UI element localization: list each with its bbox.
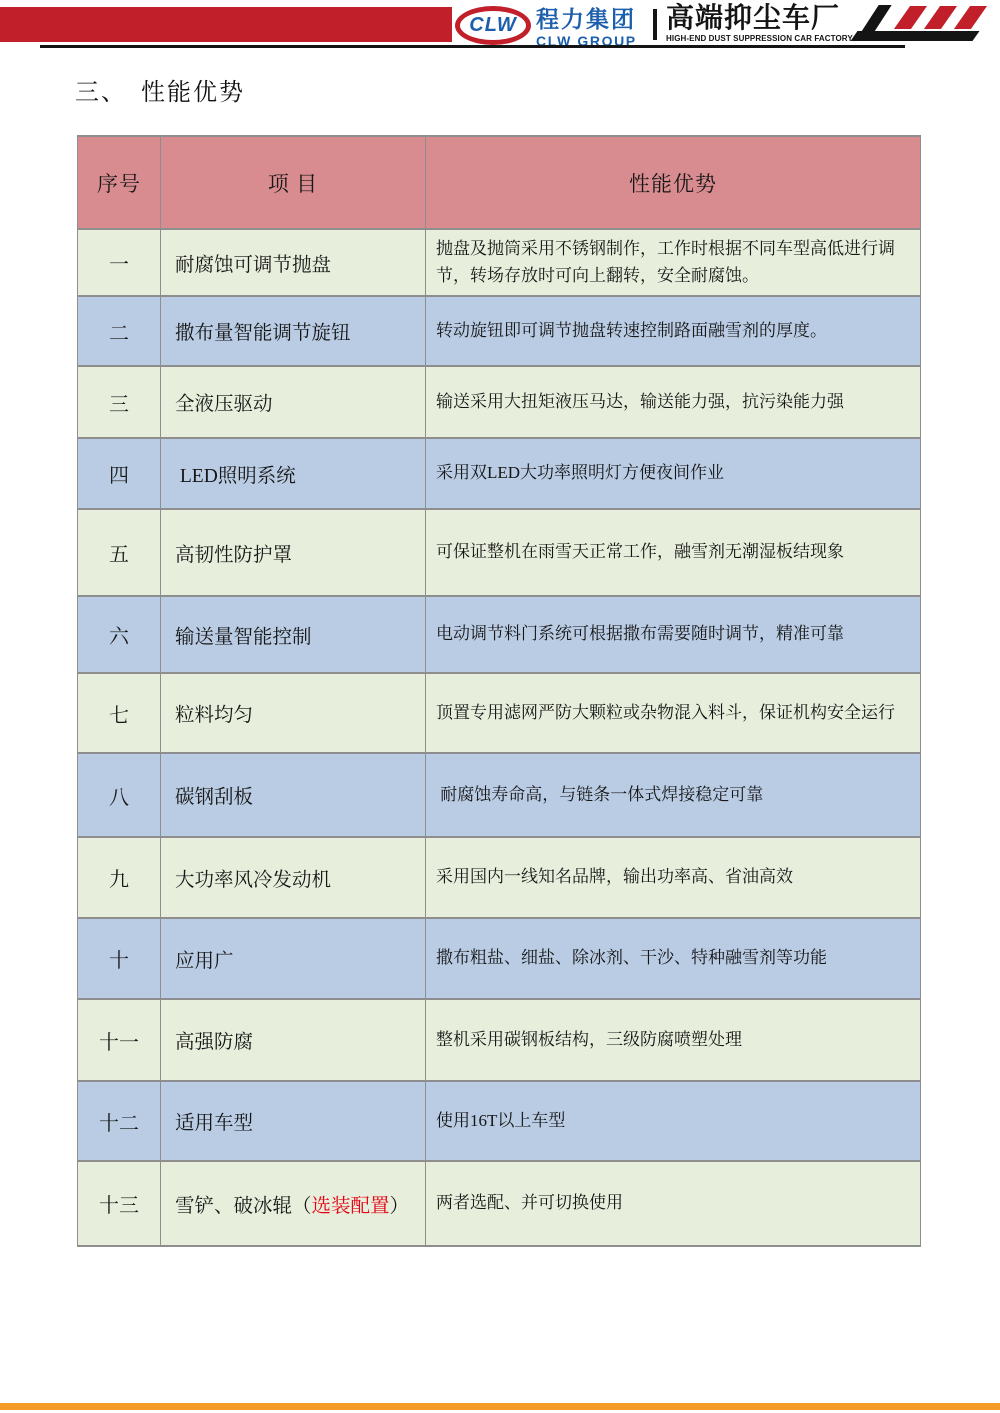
row-number: 八 bbox=[78, 753, 161, 837]
row-number: 一 bbox=[78, 229, 161, 296]
section-title: 三、 性能优势 bbox=[75, 72, 245, 107]
row-item: 耐腐蚀可调节抛盘 bbox=[161, 229, 426, 296]
row-number: 十二 bbox=[78, 1081, 161, 1161]
row-advantage: 使用16T以上车型 bbox=[426, 1081, 921, 1161]
header-rule-line bbox=[40, 45, 905, 48]
table-row: 二撒布量智能调节旋钮转动旋钮即可调节抛盘转速控制路面融雪剂的厚度。 bbox=[78, 296, 921, 366]
row-number: 三 bbox=[78, 366, 161, 438]
red-slash-icon bbox=[924, 6, 957, 29]
table-row: 四 LED照明系统采用双LED大功率照明灯方便夜间作业 bbox=[78, 438, 921, 509]
table-row: 一耐腐蚀可调节抛盘抛盘及抛筒采用不锈钢制作，工作时根据不同车型高低进行调节，转场… bbox=[78, 229, 921, 296]
row-item: 适用车型 bbox=[161, 1081, 426, 1161]
table-row: 九大功率风冷发动机采用国内一线知名品牌，输出功率高、省油高效 bbox=[78, 837, 921, 918]
row-item-text: ） bbox=[390, 1196, 410, 1217]
row-item-text: 雪铲、破冰辊（ bbox=[175, 1196, 312, 1217]
table-row: 三全液压驱动输送采用大扭矩液压马达，输送能力强，抗污染能力强 bbox=[78, 366, 921, 438]
table-row: 五高韧性防护罩可保证整机在雨雪天正常工作，融雪剂无潮湿板结现象 bbox=[78, 509, 921, 596]
row-item: 雪铲、破冰辊（选装配置） bbox=[161, 1161, 426, 1246]
header-red-bar bbox=[0, 7, 452, 42]
row-number: 十三 bbox=[78, 1161, 161, 1246]
row-advantage: 采用国内一线知名品牌，输出功率高、省油高效 bbox=[426, 837, 921, 918]
row-advantage: 顶置专用滤网严防大颗粒或杂物混入料斗，保证机构安全运行 bbox=[426, 673, 921, 753]
row-item: 粒料均匀 bbox=[161, 673, 426, 753]
row-number: 四 bbox=[78, 438, 161, 509]
column-header-number: 序号 bbox=[78, 136, 161, 229]
row-number: 七 bbox=[78, 673, 161, 753]
clw-logo: CLW bbox=[455, 6, 531, 45]
row-number: 五 bbox=[78, 509, 161, 596]
footer-orange-bar bbox=[0, 1403, 1000, 1410]
table-row: 八碳钢刮板 耐腐蚀寿命高，与链条一体式焊接稳定可靠 bbox=[78, 753, 921, 837]
row-item: LED照明系统 bbox=[161, 438, 426, 509]
table-row: 六输送量智能控制电动调节料门系统可根据撒布需要随时调节，精准可靠 bbox=[78, 596, 921, 673]
row-number: 二 bbox=[78, 296, 161, 366]
clw-logo-text: CLW bbox=[469, 14, 516, 37]
table-header-row: 序号 项 目 性能优势 bbox=[78, 136, 921, 229]
row-item: 输送量智能控制 bbox=[161, 596, 426, 673]
row-advantage: 整机采用碳钢板结构，三级防腐喷塑处理 bbox=[426, 999, 921, 1081]
row-item: 高韧性防护罩 bbox=[161, 509, 426, 596]
row-advantage: 抛盘及抛筒采用不锈钢制作，工作时根据不同车型高低进行调节，转场存放时可向上翻转，… bbox=[426, 229, 921, 296]
row-advantage: 可保证整机在雨雪天正常工作，融雪剂无潮湿板结现象 bbox=[426, 509, 921, 596]
document-page: CLW 程力集团 CLW GROUP 高端抑尘车厂 HIGH-END DUST … bbox=[0, 0, 1000, 1413]
table-row: 十一高强防腐整机采用碳钢板结构，三级防腐喷塑处理 bbox=[78, 999, 921, 1081]
column-header-advantage: 性能优势 bbox=[426, 136, 921, 229]
row-item: 碳钢刮板 bbox=[161, 753, 426, 837]
company-name-cn: 程力集团 bbox=[536, 8, 637, 31]
table-row: 十应用广撒布粗盐、细盐、除冰剂、干沙、特种融雪剂等功能 bbox=[78, 918, 921, 999]
row-item: 高强防腐 bbox=[161, 999, 426, 1081]
table-body: 一耐腐蚀可调节抛盘抛盘及抛筒采用不锈钢制作，工作时根据不同车型高低进行调节，转场… bbox=[78, 229, 921, 1246]
row-item: 全液压驱动 bbox=[161, 366, 426, 438]
table-row: 七粒料均匀顶置专用滤网严防大颗粒或杂物混入料斗，保证机构安全运行 bbox=[78, 673, 921, 753]
row-number: 九 bbox=[78, 837, 161, 918]
column-header-item: 项 目 bbox=[161, 136, 426, 229]
row-item: 撒布量智能调节旋钮 bbox=[161, 296, 426, 366]
factory-name-cn: 高端抑尘车厂 bbox=[666, 4, 853, 32]
row-number: 十一 bbox=[78, 999, 161, 1081]
row-number: 六 bbox=[78, 596, 161, 673]
optional-config-highlight: 选装配置 bbox=[312, 1196, 390, 1217]
row-advantage: 耐腐蚀寿命高，与链条一体式焊接稳定可靠 bbox=[426, 753, 921, 837]
factory-name-en: HIGH-END DUST SUPPRESSION CAR FACTORY bbox=[666, 35, 853, 43]
row-advantage: 撒布粗盐、细盐、除冰剂、干沙、特种融雪剂等功能 bbox=[426, 918, 921, 999]
row-advantage: 两者选配、并可切换使用 bbox=[426, 1161, 921, 1246]
table-row: 十三雪铲、破冰辊（选装配置）两者选配、并可切换使用 bbox=[78, 1161, 921, 1246]
row-item: 应用广 bbox=[161, 918, 426, 999]
performance-table: 序号 项 目 性能优势 一耐腐蚀可调节抛盘抛盘及抛筒采用不锈钢制作，工作时根据不… bbox=[77, 135, 921, 1247]
row-advantage: 输送采用大扭矩液压马达，输送能力强，抗污染能力强 bbox=[426, 366, 921, 438]
header-divider bbox=[653, 9, 657, 40]
table-row: 十二适用车型使用16T以上车型 bbox=[78, 1081, 921, 1161]
red-slash-icon bbox=[894, 6, 927, 29]
factory-name-block: 高端抑尘车厂 HIGH-END DUST SUPPRESSION CAR FAC… bbox=[666, 4, 853, 43]
row-advantage: 电动调节料门系统可根据撒布需要随时调节，精准可靠 bbox=[426, 596, 921, 673]
row-number: 十 bbox=[78, 918, 161, 999]
truck-swoosh-icon bbox=[846, 4, 992, 44]
row-item: 大功率风冷发动机 bbox=[161, 837, 426, 918]
row-advantage: 采用双LED大功率照明灯方便夜间作业 bbox=[426, 438, 921, 509]
swoosh-bar bbox=[850, 31, 979, 41]
company-name-block: 程力集团 CLW GROUP bbox=[536, 8, 637, 48]
row-advantage: 转动旋钮即可调节抛盘转速控制路面融雪剂的厚度。 bbox=[426, 296, 921, 366]
red-slash-icon bbox=[954, 6, 987, 29]
